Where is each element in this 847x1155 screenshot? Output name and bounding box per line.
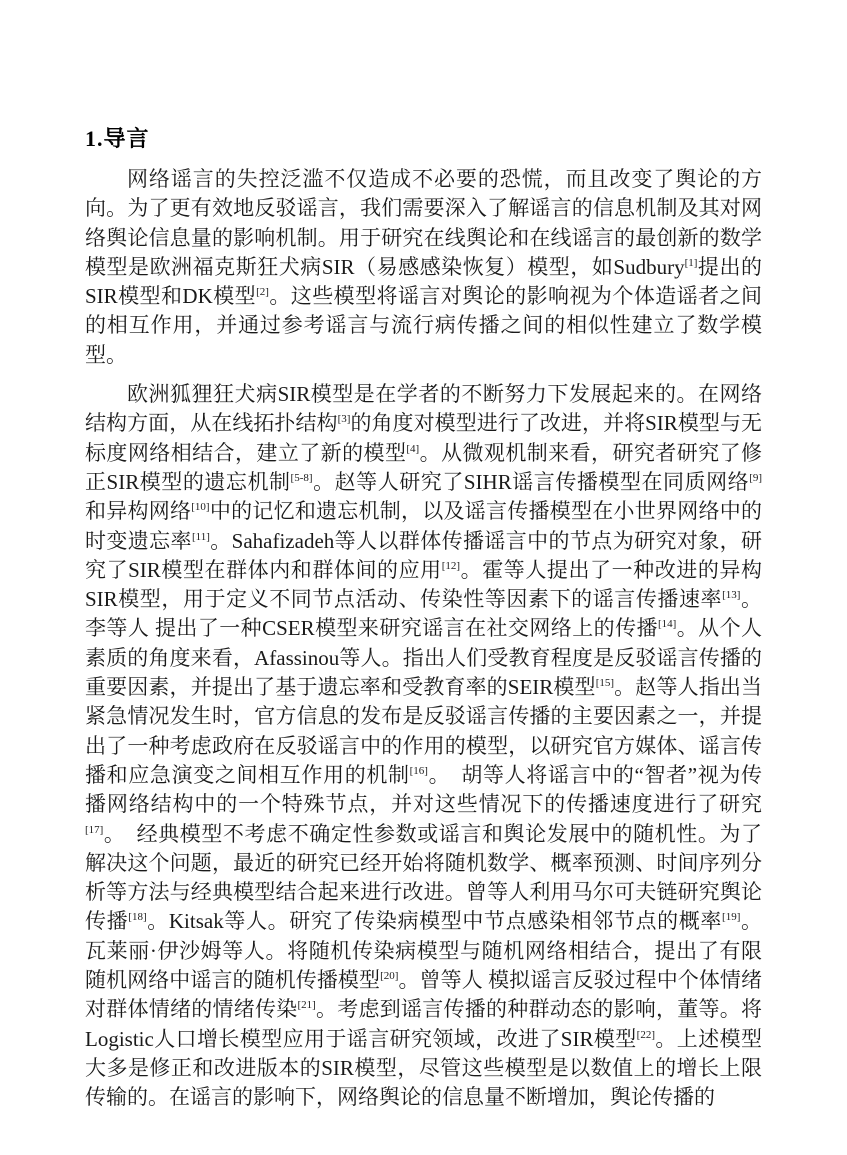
- citation-ref: [17]: [85, 824, 103, 836]
- citation-ref: [10]: [191, 501, 209, 513]
- citation-ref: [18]: [128, 911, 146, 923]
- citation-ref: [20]: [380, 970, 398, 982]
- citation-ref: [22]: [637, 1029, 655, 1041]
- citation-ref: [21]: [297, 999, 315, 1011]
- citation-ref: [11]: [192, 531, 210, 543]
- citation-ref: [19]: [722, 911, 740, 923]
- text-run: 网络谣言的失控泛滥不仅造成不必要的恐慌，而且改变了舆论的方向。为了更有效地反驳谣…: [85, 167, 762, 279]
- citation-ref: [2]: [256, 286, 269, 298]
- text-run: 。赵等人研究了SIHR谣言传播模型在同质网络: [313, 470, 750, 494]
- citation-ref: [3]: [338, 413, 351, 425]
- paragraph: 网络谣言的失控泛滥不仅造成不必要的恐慌，而且改变了舆论的方向。为了更有效地反驳谣…: [85, 165, 762, 370]
- citation-ref: [14]: [658, 618, 676, 630]
- document-page: 1.导言 网络谣言的失控泛滥不仅造成不必要的恐慌，而且改变了舆论的方向。为了更有…: [0, 0, 847, 1155]
- citation-ref: [4]: [406, 443, 419, 455]
- citation-ref: [15]: [596, 677, 614, 689]
- citation-ref: [9]: [749, 472, 762, 484]
- text-run: 。Kitsak等人。研究了传染病模型中节点感染相邻节点的概率: [147, 909, 722, 933]
- citation-ref: [5-8]: [291, 472, 313, 484]
- document-body: 网络谣言的失控泛滥不仅造成不必要的恐慌，而且改变了舆论的方向。为了更有效地反驳谣…: [85, 165, 762, 1113]
- citation-ref: [13]: [722, 589, 740, 601]
- paragraph: 欧洲狐狸狂犬病SIR模型是在学者的不断努力下发展起来的。在网络结构方面，从在线拓…: [85, 380, 762, 1112]
- text-run: 和异构网络: [85, 499, 191, 523]
- citation-ref: [16]: [410, 765, 428, 777]
- citation-ref: [1]: [685, 257, 698, 269]
- citation-ref: [12]: [442, 560, 460, 572]
- section-heading: 1.导言: [85, 127, 762, 151]
